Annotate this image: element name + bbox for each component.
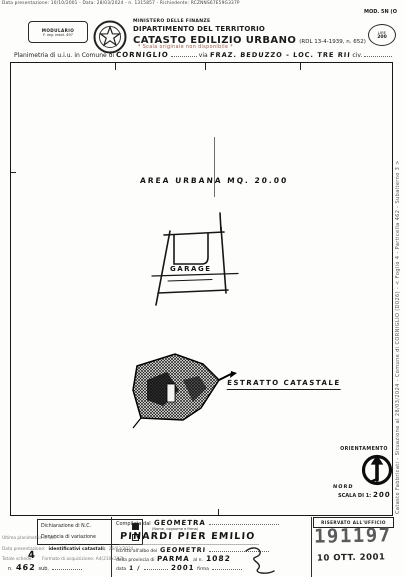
nord-handwritten: NORD — [333, 484, 354, 490]
garage-label: GARAGE — [170, 265, 212, 273]
protocol-number-stamp: 191197 — [314, 524, 392, 547]
modulario-box: MODULARIO F. reg. resid. 497 — [28, 21, 88, 43]
identificativi-label: identificativi catastali: — [49, 547, 106, 552]
scala-unavailable-note: * Scala originale non disponibile * — [138, 45, 233, 50]
area-urbana-label: AREA URBANA MQ. 20.00 — [140, 176, 289, 185]
estratto-catastale-sketch — [127, 350, 237, 434]
via-handwritten: FRAZ. BEDUZZO - LOC. TRE RII — [209, 51, 350, 59]
scala-row: SCALA DI 1: 200 — [338, 491, 391, 499]
planimetria-label: Planimetria di u.i.u. in Comune di — [14, 52, 114, 59]
lire-stamp: LIRE 200 — [368, 24, 396, 46]
civ-label: civ. — [352, 52, 362, 59]
al-n-label: al n. — [193, 558, 203, 563]
particella-row: n. 462 sub. — [8, 563, 82, 572]
firma-label: firma — [197, 567, 209, 572]
frame-tick — [115, 63, 116, 70]
particella-value-handwritten: 462 — [15, 563, 35, 572]
mod-form-label: MOD. 5N (O — [364, 9, 397, 15]
anno-handwritten: 2001 — [170, 564, 194, 572]
date-stamp: 10 OTT. 2001 — [317, 552, 386, 563]
garage-plan-sketch: GARAGE — [150, 207, 250, 311]
identificativi-row: Data presentazione: identificativi catas… — [2, 547, 133, 552]
north-arrow-icon — [359, 452, 395, 488]
scala-value-handwritten: 200 — [373, 491, 391, 499]
data-firma-row: data 1 / 2001 firma — [116, 564, 242, 572]
dotted-leader — [171, 51, 197, 57]
scan-crease-line — [214, 137, 215, 197]
albo-value-handwritten: GEOMETRI — [160, 546, 207, 554]
formato-overlay: Formato di acquisizione: A4(210x297) — [42, 557, 124, 562]
frame-tick — [218, 509, 219, 515]
compilata-row: Compilata dal GEOMETRA — [116, 519, 279, 527]
modulario-line2: F. reg. resid. 497 — [43, 33, 73, 37]
orientation-block: ORIENTAMENTO NORD — [333, 447, 395, 492]
right-vertical-metadata: Catasto Fabbricati - Situazione al 28/03… — [393, 62, 403, 514]
estratto-catastale-label: ESTRATTO CATASTALE — [227, 379, 341, 390]
dotted-leader — [212, 564, 242, 570]
frame-tick — [300, 63, 301, 70]
compilata-value-handwritten: GEOMETRA — [153, 519, 205, 527]
compilata-label: Compilata dal — [116, 521, 151, 527]
ministry-header: MINISTERO DELLE FINANZE DIPARTIMENTO DEL… — [133, 19, 366, 46]
dotted-leader — [209, 519, 279, 525]
data-presentazione-overlay: Data presentazione: — [2, 547, 46, 552]
via-label: via — [199, 52, 208, 59]
provincia-row: della provincia di PARMA al n. 1082 — [116, 554, 231, 563]
data-label: data — [116, 567, 126, 572]
lire-value: 200 — [377, 35, 387, 40]
sub-label: sub. — [38, 566, 49, 572]
tecnico-name-handwritten: PINARDI PIER EMILIO — [120, 531, 260, 545]
dipartimento-label: DIPARTIMENTO DEL TERRITORIO — [133, 25, 366, 33]
albo-number-handwritten: 1082 — [206, 554, 232, 563]
footer-divider — [311, 517, 312, 577]
frame-tick — [205, 63, 206, 70]
scala-label: SCALA DI 1: — [338, 493, 371, 499]
ministero-label: MINISTERO DELLE FINANZE — [133, 19, 366, 24]
foglio-value-handwritten: 4 — [28, 550, 37, 561]
frame-tick — [11, 172, 16, 173]
comune-handwritten: CORNIGLIO — [116, 51, 169, 59]
planimetria-row: Planimetria di u.i.u. in Comune di CORNI… — [14, 51, 392, 59]
dotted-leader — [364, 51, 392, 57]
top-overlay-metadata: Data presentazione: 10/10/2001 - Data: 2… — [2, 1, 240, 6]
data-value-handwritten: 1 / — [129, 565, 141, 572]
provincia-label: della provincia di — [116, 558, 154, 563]
n-label: n. — [8, 566, 13, 572]
dotted-leader — [52, 564, 82, 570]
scanned-cadastral-form: Data presentazione: 10/10/2001 - Data: 2… — [0, 0, 404, 577]
provincia-value-handwritten: PARMA — [157, 555, 190, 563]
dotted-leader — [144, 564, 168, 570]
dichiarazione-label: Dichiarazione di N.C. — [41, 524, 91, 529]
catasto-law-ref: (RDL 13-4-1939, n. 652) — [299, 39, 366, 45]
ultima-planimetria-overlay: Ultima planimetria in atti — [2, 536, 56, 541]
signature-squiggle — [240, 547, 282, 577]
